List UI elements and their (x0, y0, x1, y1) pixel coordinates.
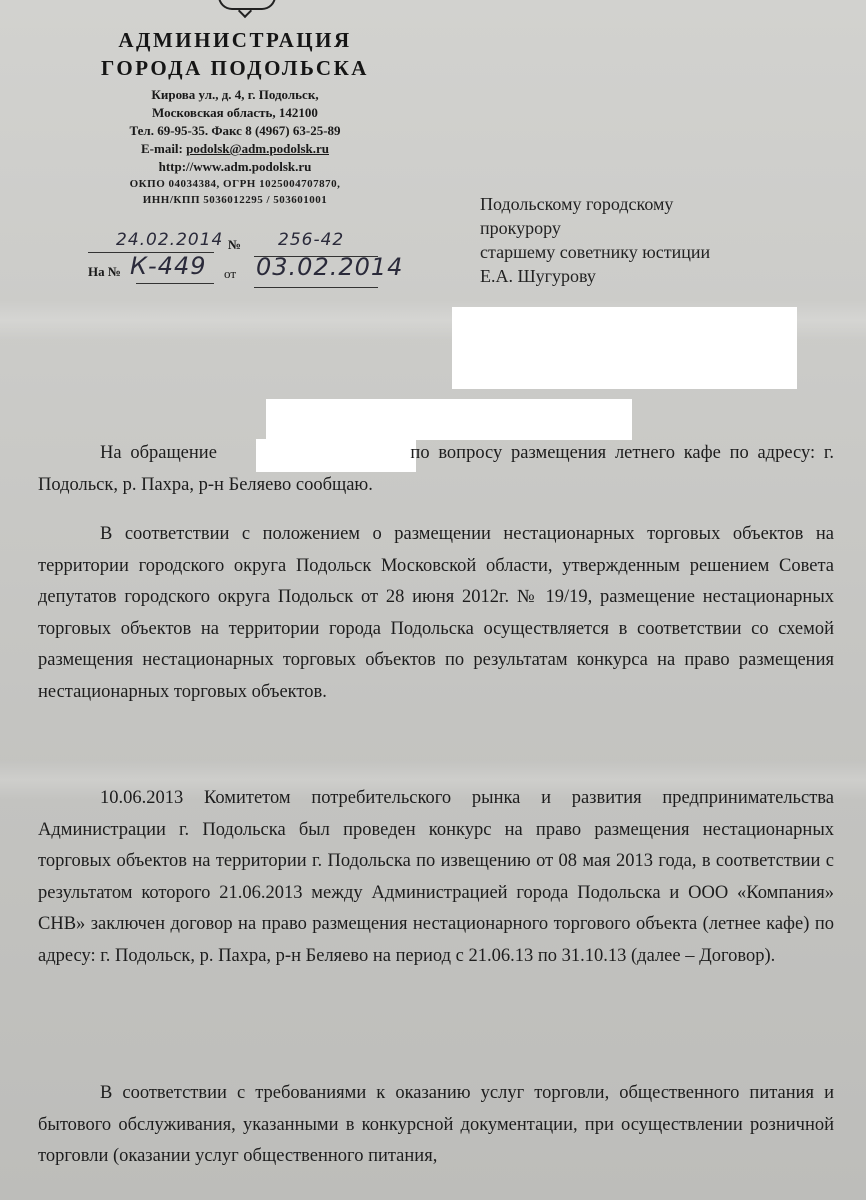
redacted-block-1 (452, 307, 797, 389)
paragraph-1-start: На обращение (100, 443, 226, 463)
paragraph-3: 10.06.2013 Комитетом потребительского ры… (38, 783, 834, 972)
letterhead-email-row: E-mail: podolsk@adm.podolsk.ru (70, 140, 400, 158)
letterhead-website[interactable]: http://www.adm.podolsk.ru (70, 158, 400, 176)
from-label: от (224, 266, 236, 282)
letterhead-address-line1: Кирова ул., д. 4, г. Подольск, (70, 86, 400, 104)
letterhead-inn-kpp: ИНН/КПП 5036012295 / 503601001 (70, 192, 400, 208)
letterhead: АДМИНИСТРАЦИЯ ГОРОДА ПОДОЛЬСКА Кирова ул… (70, 26, 400, 208)
in-reply-date: 03.02.2014 (256, 253, 403, 281)
addressee-line1: Подольскому городскому (480, 192, 810, 216)
scanned-letter-page: АДМИНИСТРАЦИЯ ГОРОДА ПОДОЛЬСКА Кирова ул… (0, 0, 866, 1200)
addressee-line3: старшему советнику юстиции (480, 240, 810, 264)
letterhead-address-line2: Московская область, 142100 (70, 104, 400, 122)
in-reply-date-rule (254, 287, 378, 288)
addressee-line4: Е.А. Шугурову (480, 264, 810, 288)
letterhead-title-line2: ГОРОДА ПОДОЛЬСКА (70, 54, 400, 82)
email-link[interactable]: podolsk@adm.podolsk.ru (186, 141, 329, 156)
letterhead-title-line1: АДМИНИСТРАЦИЯ (70, 26, 400, 54)
in-reply-number-rule (136, 283, 214, 284)
paragraph-4: В соответствии с требованиями к оказанию… (38, 1078, 834, 1173)
email-label: E-mail: (141, 141, 186, 156)
addressee-block: Подольскому городскому прокурору старшем… (480, 192, 810, 288)
number-label: № (228, 237, 241, 253)
letterhead-phone-fax: Тел. 69-95-35. Факс 8 (4967) 63-25-89 (70, 122, 400, 140)
redacted-block-2 (266, 399, 632, 440)
letterhead-okpo-ogrn: ОКПО 04034384, ОГРН 1025004707870, (70, 176, 400, 192)
outgoing-date: 24.02.2014 (116, 230, 223, 250)
in-reply-number: К-449 (130, 252, 207, 280)
in-reply-label: На № (88, 264, 121, 280)
paragraph-2: В соответствии с положением о размещении… (38, 519, 834, 708)
outgoing-number: 256-42 (278, 230, 344, 250)
paragraph-1: На обращение по вопросу размещения летне… (38, 438, 834, 501)
addressee-line2: прокурору (480, 216, 810, 240)
